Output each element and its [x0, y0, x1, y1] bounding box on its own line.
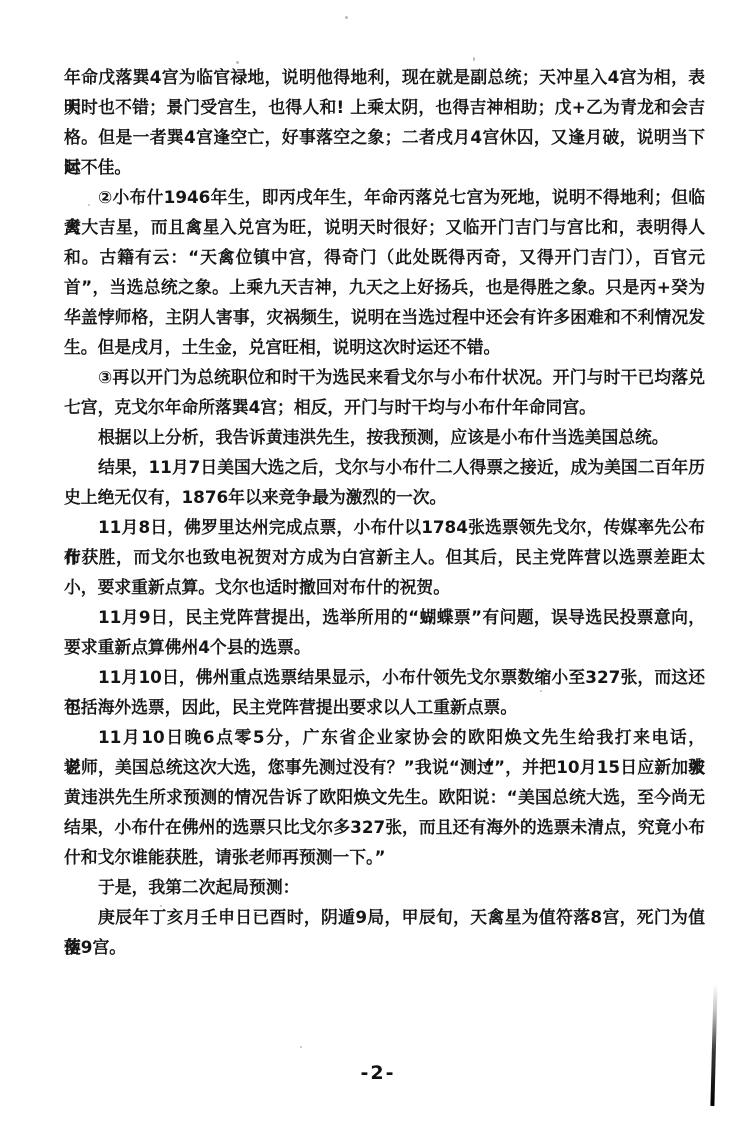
text-line: 七宫，克戈尔年命所落巽4宫；相反，开门与时干均与小布什年命同宫。 — [64, 392, 705, 422]
text-line: 生。但是戌月，土生金，兑宫旺相，说明这次时运还不错。 — [64, 332, 705, 362]
text-line: 于是，我第二次起局预测： — [64, 872, 705, 902]
scan-speck — [700, 131, 703, 134]
text-line: 首”，当选总统之象。上乘九天吉神，九天之上好扬兵，也是得胜之象。只是丙+癸为 — [64, 272, 705, 302]
text-line: 根据以上分析，我告诉黄违洪先生，按我预测，应该是小布什当选美国总统。 — [64, 422, 705, 452]
scan-speck — [345, 16, 348, 19]
text-line: 11月10日晚6点零5分，广东省企业家协会的欧阳焕文先生给我打来电话，说：“张 — [64, 722, 705, 752]
text-line: ②小布什1946年生，即丙戌年生，年命丙落兑七宫为死地，说明不得地利；但临天 — [64, 182, 705, 212]
text-line: 老师，美国总统这次大选，您事先测过没有？”我说“测过”，并把10月15日应新加坡 — [64, 752, 705, 782]
text-line: 黄违洪先生所求预测的情况告诉了欧阳焕文先生。欧阳说：“美国总统大选，至今尚无 — [64, 782, 705, 812]
text-line: 11月9日，民主党阵营提出，选举所用的“蝴蝶票”有问题，误导选民投票意向， — [64, 602, 705, 632]
scan-speck — [620, 521, 622, 523]
text-line: 结果，小布什在佛州的选票只比戈尔多327张，而且还有海外的选票未清点，究竟小布 — [64, 812, 705, 842]
scan-speck — [473, 57, 475, 61]
text-line: 运不佳。 — [64, 152, 705, 182]
text-line: 11月8日，佛罗里达州完成点票，小布什以1784张选票领先戈尔，传媒率先公布布 — [64, 512, 705, 542]
scanned-page: 年命戊落巽4宫为临官禄地，说明他得地利，现在就是副总统；天冲星入4宫为相，表明天… — [0, 0, 756, 1122]
text-line: 结果，11月7日美国大选之后，戈尔与小布什二人得票之接近，成为美国二百年历 — [64, 452, 705, 482]
scan-speck — [160, 905, 162, 907]
scan-speck — [88, 204, 90, 206]
text-line: 和。古籍有云：“天禽位镇中宫，得奇门（此处既得丙奇，又得开门吉门），百官元 — [64, 242, 705, 272]
text-line: 包括海外选票，因此，民主党阵营提出要求以人工重新点票。 — [64, 692, 705, 722]
text-line: 格。但是一者巽4宫逢空亡，好事落空之象；二者戌月4宫休囚，又逢月破，说明当下时 — [64, 122, 705, 152]
text-line: 禽大吉星，而且禽星入兑宫为旺，说明天时很好；又临开门吉门与宫比和，表明得人 — [64, 212, 705, 242]
text-line: 要求重新点算佛州4个县的选票。 — [64, 632, 705, 662]
scan-speck — [236, 61, 239, 64]
text-line: 华盖悖师格，主阴人害事，灾祸频生，说明在当选过程中还会有许多困难和不利情况发 — [64, 302, 705, 332]
page-number: -2- — [0, 1062, 756, 1084]
scan-artifact-line — [710, 984, 717, 1106]
text-line: 天时也不错；景门受宫生，也得人和! 上乘太阴，也得吉神相助；戊+乙为青龙和会吉 — [64, 92, 705, 122]
text-line: ③再以开门为总统职位和时干为选民来看戈尔与小布什状况。开门与时干已均落兑 — [64, 362, 705, 392]
scan-speck — [540, 690, 542, 692]
text-line: 什和戈尔谁能获胜，请张老师再预测一下。” — [64, 842, 705, 872]
text-line: 年命戊落巽4宫为临官禄地，说明他得地利，现在就是副总统；天冲星入4宫为相，表明 — [64, 62, 705, 92]
text-block: 年命戊落巽4宫为临官禄地，说明他得地利，现在就是副总统；天冲星入4宫为相，表明天… — [64, 62, 705, 962]
scan-speck — [432, 342, 434, 344]
scan-speck — [300, 1046, 302, 1048]
text-line: 11月10日，佛州重点选票结果显示，小布什领先戈尔票数缩小至327张，而这还不 — [64, 662, 705, 692]
text-line: 小，要求重新点算。戈尔也适时撤回对布什的祝贺。 — [64, 572, 705, 602]
text-line: 什获胜，而戈尔也致电祝贺对方成为白宫新主人。但其后，民主党阵营以选票差距太 — [64, 542, 705, 572]
text-line: 史上绝无仅有，1876年以来竞争最为激烈的一次。 — [64, 482, 705, 512]
text-line: 落9宫。 — [64, 932, 705, 962]
